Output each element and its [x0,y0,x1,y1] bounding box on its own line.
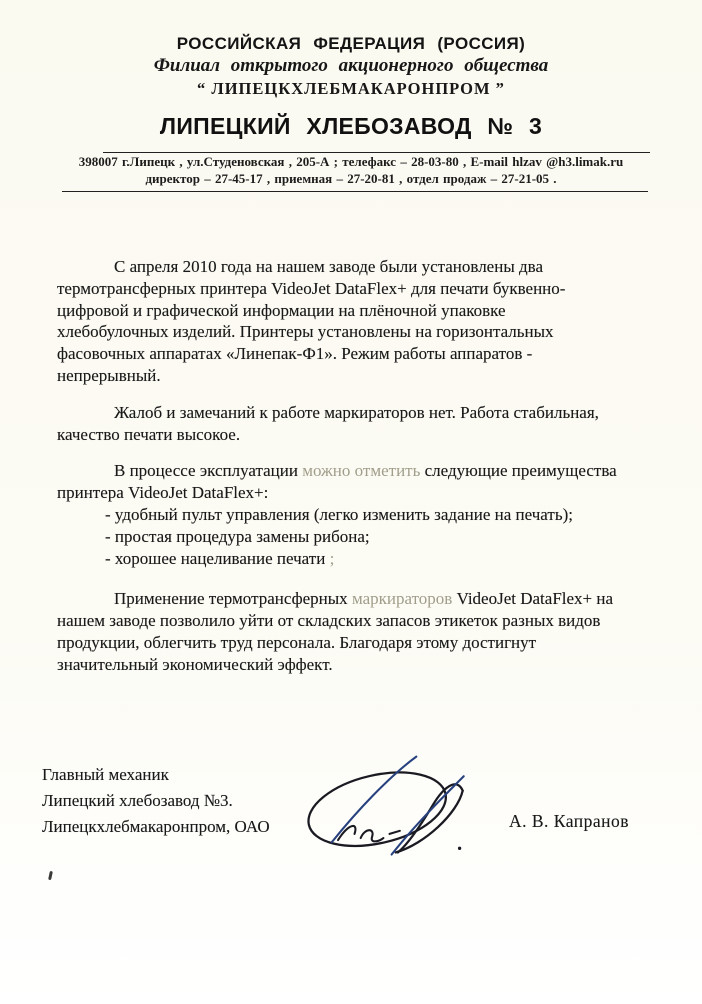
contact-address-line: 398007 г.Липецк , ул.Студеновская , 205-… [0,153,702,170]
advantage-item-text: - хорошее нацеливание печати [105,549,325,568]
letterhead-country-line: РОССИЙСКАЯ ФЕДЕРАЦИЯ (РОССИЯ) [0,34,702,54]
benefits-text-faded: маркираторов [352,589,452,608]
advantage-item-ribbon-change: - простая процедура замены рибона; [105,526,647,548]
letterhead-contacts: 398007 г.Липецк , ул.Студеновская , 205-… [0,152,702,192]
paragraph-installation: С апреля 2010 года на нашем заводе были … [57,256,647,387]
signatory-name: А. В. Капранов [509,811,629,832]
signature-block: Главный механик Липецкий хлебозавод №3. … [0,762,702,902]
letterhead-company-name: “ ЛИПЕЦКХЛЕБМАКАРОНПРОМ ” [0,78,702,99]
divider-bottom-rule [62,191,648,192]
benefits-text-start: Применение термотрансферных [114,589,352,608]
advantage-item-faint-punct: ; [325,549,334,568]
advantages-list: - удобный пульт управления (легко измени… [105,504,647,569]
intro-text-start: В процессе эксплуатации [114,461,302,480]
intro-text-faded: можно отметить [302,461,420,480]
advantage-item-control-panel: - удобный пульт управления (легко измени… [105,504,647,526]
paragraph-no-complaints: Жалоб и замечаний к работе маркираторов … [57,402,647,446]
letterhead-factory-title: ЛИПЕЦКИЙ ХЛЕБОЗАВОД № 3 [0,111,702,141]
advantage-item-print-aim: - хорошее нацеливание печати ; [105,548,647,570]
paragraph-benefits: Применение термотрансферных маркираторов… [57,588,647,675]
paragraph-advantages-intro: В процессе эксплуатации можно отметить с… [57,460,647,504]
letterhead-branch-line: Филиал открытого акционерного общества [0,54,702,78]
letterhead: РОССИЙСКАЯ ФЕДЕРАЦИЯ (РОССИЯ) Филиал отк… [0,0,702,192]
handwritten-signature-scrawl [303,747,473,859]
contact-phones-line: директор – 27-45-17 , приемная – 27-20-8… [0,170,702,187]
letter-body: С апреля 2010 года на нашем заводе были … [57,256,647,676]
scanned-letter-page: РОССИЙСКАЯ ФЕДЕРАЦИЯ (РОССИЯ) Филиал отк… [0,0,702,1004]
